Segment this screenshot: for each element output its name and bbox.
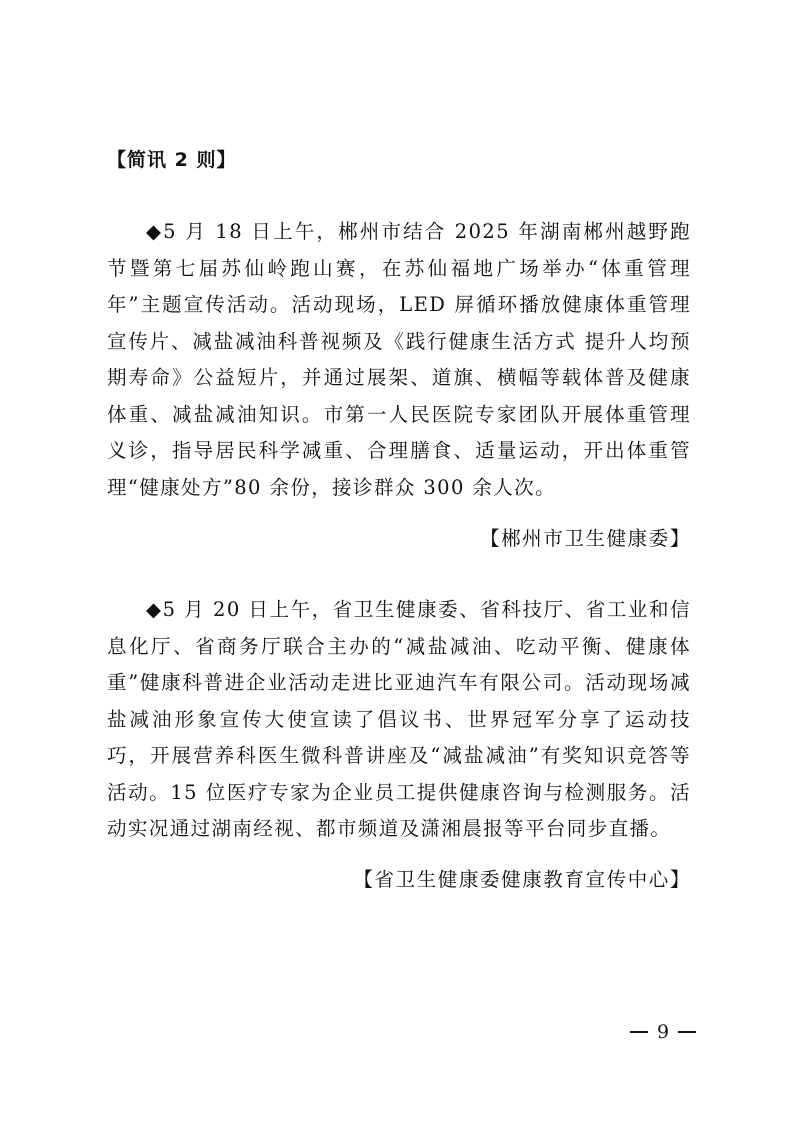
news-item-2-source: 【省卫生健康委健康教育宣传中心】	[353, 865, 691, 895]
news-item-1-body: ◆5 月 18 日上午，郴州市结合 2025 年湖南郴州越野跑节暨第七届苏仙岭跑…	[107, 214, 691, 506]
page-number-value: 9	[657, 1020, 669, 1044]
news-item-2-body: ◆5 月 20 日上午，省卫生健康委、省科技厅、省工业和信息化厅、省商务厅联合主…	[107, 592, 691, 848]
page-number: 9	[630, 1020, 696, 1044]
page-dash-left	[630, 1031, 648, 1033]
news-item-1-source: 【郴州市卫生健康委】	[480, 524, 691, 554]
section-heading: 【简讯 2 则】	[107, 148, 236, 172]
page-dash-right	[678, 1031, 696, 1033]
